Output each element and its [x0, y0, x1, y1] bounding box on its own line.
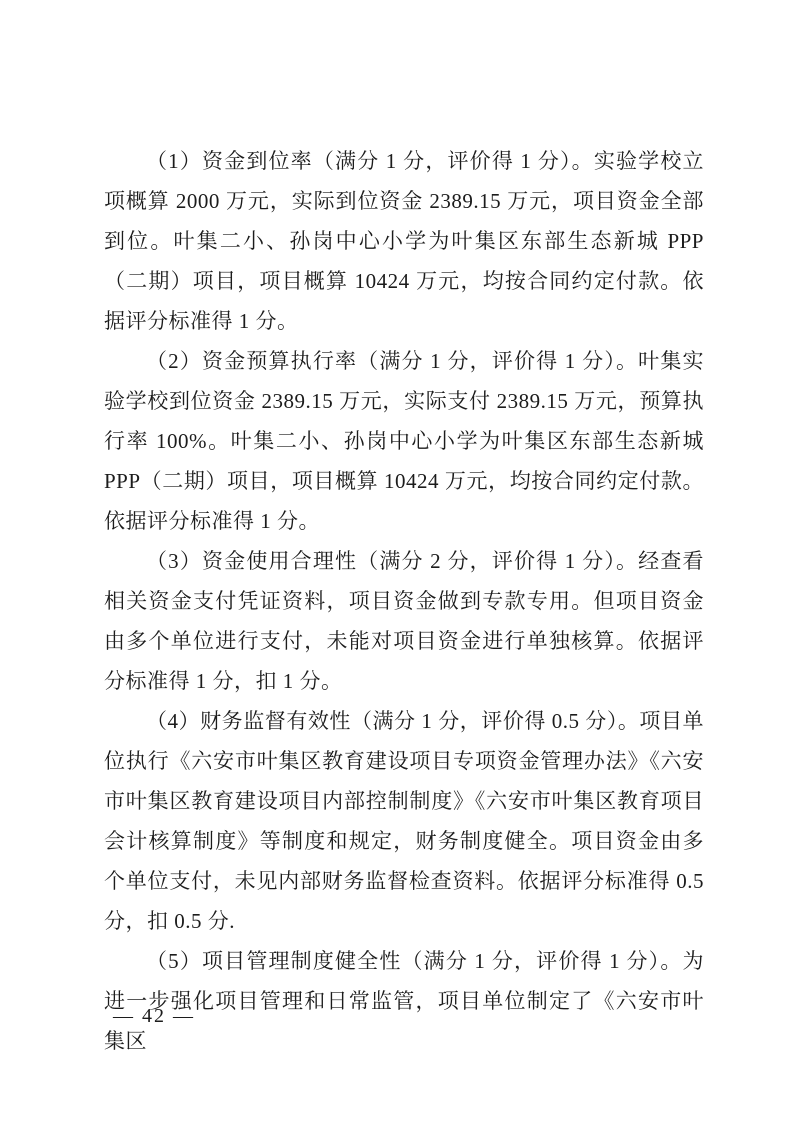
paragraph-budget-execution-rate: （2）资金预算执行率（满分 1 分，评价得 1 分）。叶集实验学校到位资金 23…	[104, 341, 704, 541]
page-number: — 42 —	[113, 1005, 195, 1027]
document-body: （1）资金到位率（满分 1 分，评价得 1 分）。实验学校立项概算 2000 万…	[104, 141, 704, 1061]
document-page: （1）资金到位率（满分 1 分，评价得 1 分）。实验学校立项概算 2000 万…	[0, 0, 793, 1122]
paragraph-fund-arrival-rate: （1）资金到位率（满分 1 分，评价得 1 分）。实验学校立项概算 2000 万…	[104, 141, 704, 341]
paragraph-project-management-system: （5）项目管理制度健全性（满分 1 分，评价得 1 分）。为进一步强化项目管理和…	[104, 941, 704, 1061]
paragraph-financial-supervision: （4）财务监督有效性（满分 1 分，评价得 0.5 分）。项目单位执行《六安市叶…	[104, 701, 704, 941]
page-footer: — 42 —	[113, 1002, 195, 1030]
paragraph-fund-use-rationality: （3）资金使用合理性（满分 2 分，评价得 1 分）。经查看相关资金支付凭证资料…	[104, 541, 704, 701]
